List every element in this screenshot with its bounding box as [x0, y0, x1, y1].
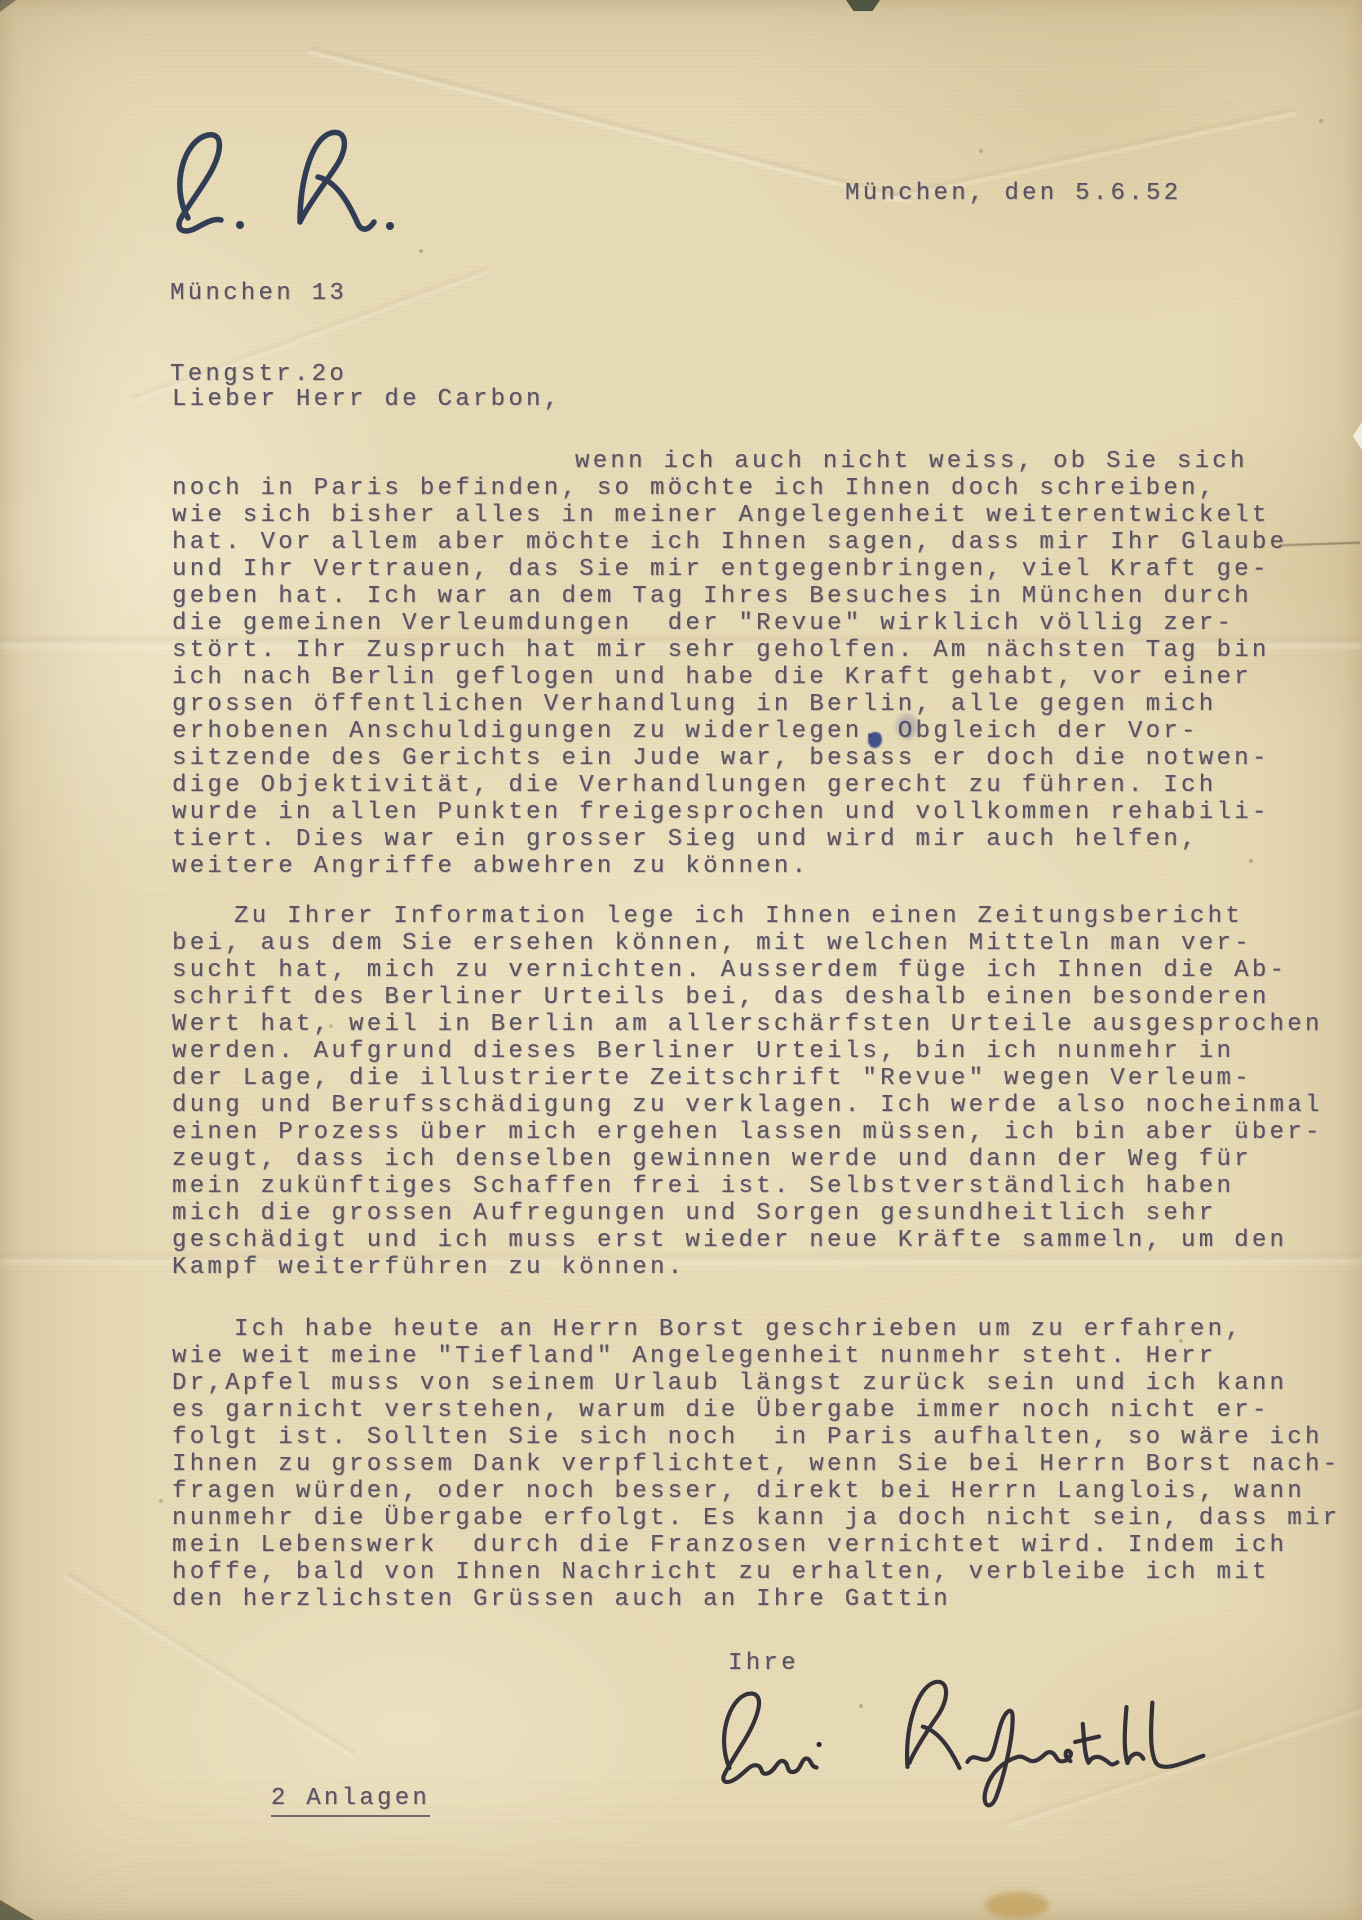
enclosure-note: 2 Anlagen: [200, 1758, 430, 1844]
monogram-initials: [158, 122, 408, 242]
blue-ink-smudge: [896, 714, 918, 739]
address-line: Tengstr.2o: [170, 361, 347, 388]
body-paragraph-3: Ich habe heute an Herrn Borst geschriebe…: [172, 1316, 1340, 1613]
paper-notch: [846, 0, 880, 11]
paper-corner-damage: [0, 0, 16, 12]
dateline: München, den 5.6.52: [845, 180, 1181, 207]
body-paragraph-2: Zu Ihrer Information lege ich Ihnen eine…: [172, 903, 1323, 1281]
paper-speckles: [0, 0, 2, 2]
paper-tear-line: [1282, 542, 1360, 547]
letter-page: München 13 Tengstr.2o München, den 5.6.5…: [0, 0, 1362, 1920]
enclosure-text: 2 Anlagen: [271, 1785, 430, 1817]
salutation: Lieber Herr de Carbon,: [172, 386, 561, 413]
handwritten-signature: [694, 1663, 1226, 1812]
body-paragraph-1: wenn ich auch nicht weiss, ob Sie sich n…: [172, 448, 1287, 880]
paper-edge-nick: [1353, 422, 1362, 450]
paper-corner-damage: [0, 1900, 34, 1920]
address-line: München 13: [170, 280, 347, 307]
paper-stain: [985, 1892, 1049, 1918]
